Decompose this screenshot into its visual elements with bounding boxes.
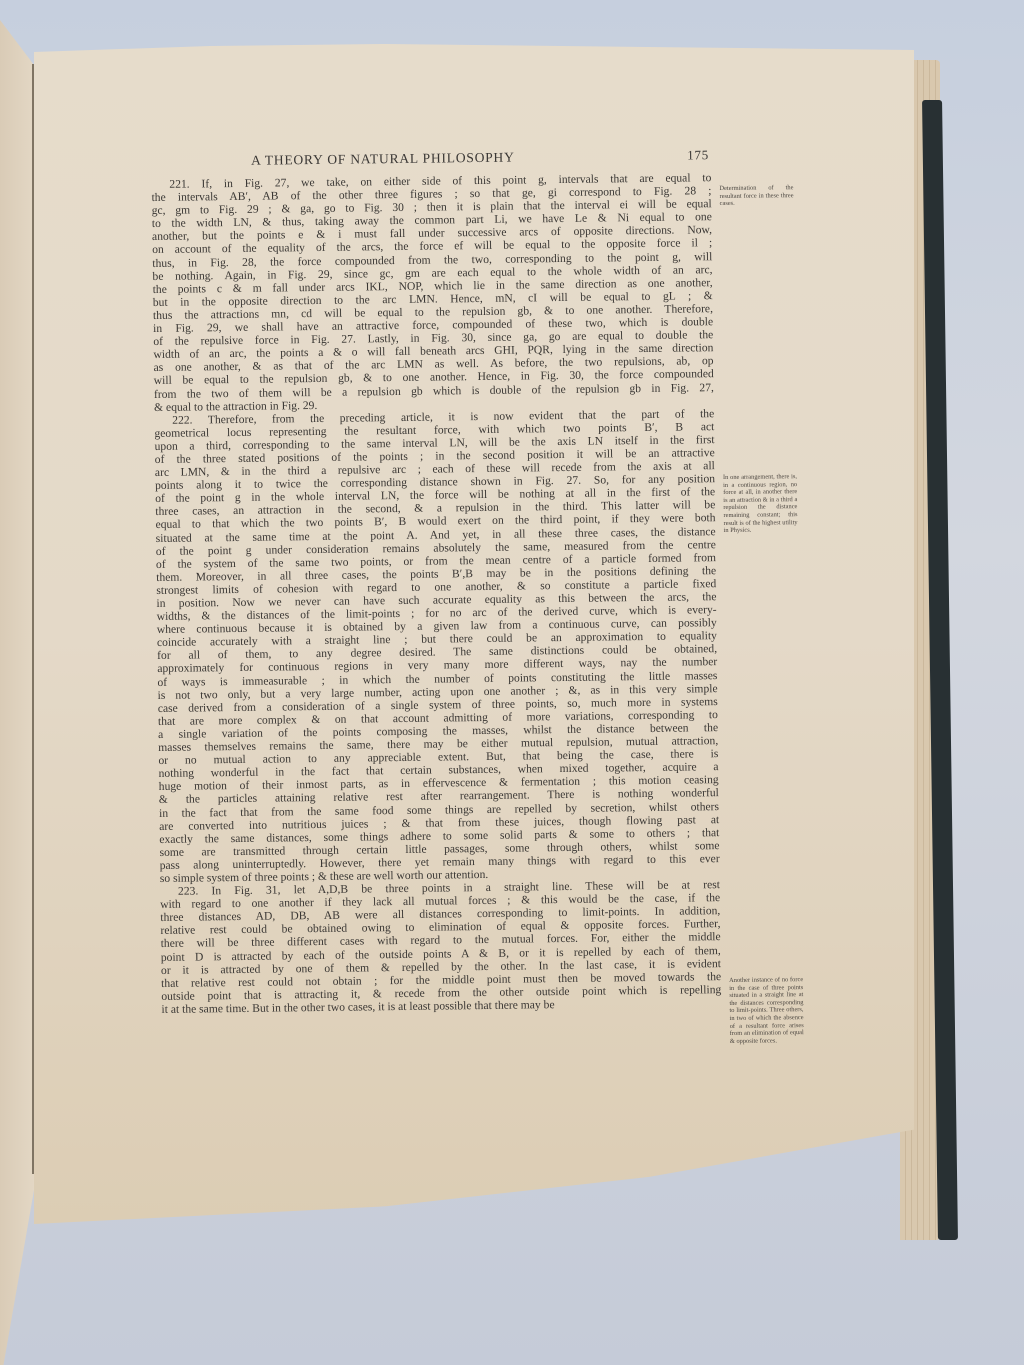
marginal-note: In one arrangement, there is, in a conti… bbox=[723, 473, 798, 535]
running-head: A THEORY OF NATURAL PHILOSOPHY 175 bbox=[151, 147, 711, 170]
running-head-title: A THEORY OF NATURAL PHILOSOPHY bbox=[251, 150, 515, 169]
marginal-note: Another instance of no force in the case… bbox=[729, 976, 804, 1045]
book-gutter bbox=[32, 64, 34, 1174]
marginal-note: Determination of the resultant force in … bbox=[719, 184, 793, 208]
paragraph-223: 223. In Fig. 31, let A,D,B be three poin… bbox=[160, 878, 722, 1016]
left-facing-page bbox=[0, 20, 34, 1365]
page-number: 175 bbox=[687, 147, 709, 163]
paragraph-221: 221. If, in Fig. 27, we take, on either … bbox=[151, 171, 714, 414]
page-content: A THEORY OF NATURAL PHILOSOPHY 175 Deter… bbox=[151, 147, 721, 1016]
book-page: A THEORY OF NATURAL PHILOSOPHY 175 Deter… bbox=[34, 44, 914, 1224]
paragraph-222: 222. Therefore, from the preceding artic… bbox=[154, 407, 720, 885]
